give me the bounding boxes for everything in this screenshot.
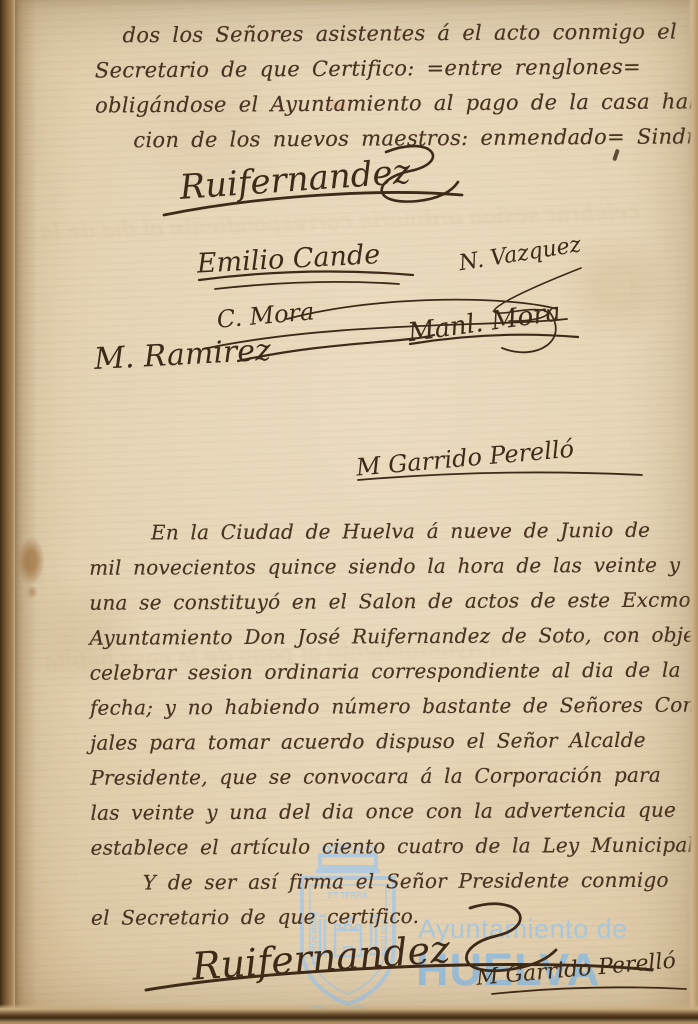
signature-manl-mora: Manl. Mora xyxy=(400,292,585,371)
scanned-manuscript-page: celebrar sesion ordinaria correspondient… xyxy=(0,0,698,1024)
manuscript-line: Secretario de que Certifico: =entre reng… xyxy=(95,49,698,89)
svg-text:N. Vazquez: N. Vazquez xyxy=(456,232,583,276)
svg-text:M Garrido Perelló: M Garrido Perelló xyxy=(354,435,575,482)
manuscript-line: una se constituyó en el Salon de actos d… xyxy=(89,582,698,620)
signature-ruifernandez-top: Ruifernandez xyxy=(148,138,478,227)
manuscript-line: Y de ser así firma el Señor Presidente c… xyxy=(91,862,698,900)
manuscript-line: dos los Señores asistentes á el acto con… xyxy=(95,14,698,54)
svg-text:Ruifernandez: Ruifernandez xyxy=(190,927,453,989)
manuscript-line: En la Ciudad de Huelva á nueve de Junio … xyxy=(89,512,698,550)
signature-garrido-perello-top: M Garrido Perelló xyxy=(340,428,650,494)
session-paragraph: En la Ciudad de Huelva á nueve de Junio … xyxy=(89,512,698,935)
page-right-edge xyxy=(688,0,698,1024)
svg-text:Emilio Cande: Emilio Cande xyxy=(195,239,381,280)
page-bottom-edge xyxy=(0,1004,698,1024)
binding-shadow xyxy=(15,0,37,1024)
manuscript-line: Ayuntamiento Don José Ruifernandez de So… xyxy=(89,617,698,655)
signature-m-ramirez: M. Ramirez xyxy=(90,315,440,384)
manuscript-line: mil novecientos quince siendo la hora de… xyxy=(89,547,698,585)
svg-text:Manl. Mora: Manl. Mora xyxy=(405,297,563,348)
book-binding-edge xyxy=(0,0,15,1024)
manuscript-line: Presidente, que se convocara á la Corpor… xyxy=(90,757,698,795)
svg-text:M. Ramirez: M. Ramirez xyxy=(92,333,272,377)
svg-text:M Garrido Perelló: M Garrido Perelló xyxy=(474,948,677,990)
manuscript-line: establece el artículo ciento cuatro de l… xyxy=(91,827,698,865)
svg-text:Ruifernandez: Ruifernandez xyxy=(177,152,413,208)
manuscript-line: fecha; y no habiendo número bastante de … xyxy=(90,687,698,725)
manuscript-line: obligándose el Ayuntamiento al pago de l… xyxy=(95,83,698,123)
signature-garrido-perello-bottom: M Garrido Perelló xyxy=(468,928,696,1010)
manuscript-line: las veinte y una del dia once con la adv… xyxy=(90,792,698,830)
signature-emilio-cande: Emilio Cande xyxy=(185,233,435,299)
manuscript-line: jales para tomar acuerdo dispuso el Seño… xyxy=(90,722,698,760)
closing-paragraph: dos los Señores asistentes á el acto con… xyxy=(95,14,698,159)
manuscript-line: celebrar sesion ordinaria correspondient… xyxy=(90,652,698,690)
